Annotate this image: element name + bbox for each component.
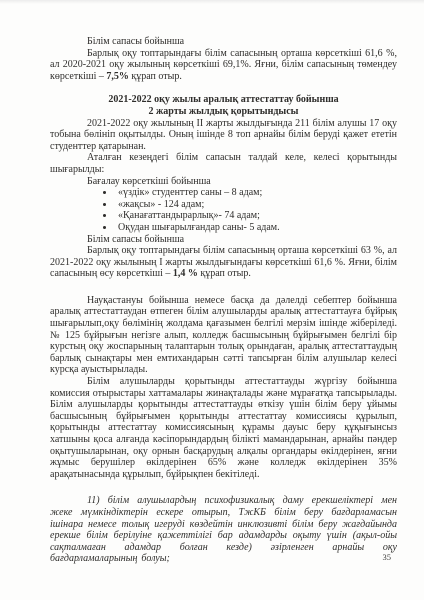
paragraph-quality-2-tail: құрап отыр. bbox=[198, 268, 251, 279]
bullet-item-good: «жақсы» - 124 адам; bbox=[115, 199, 397, 211]
paragraph-quality-1-tail: құрап отыр. bbox=[129, 71, 182, 82]
paragraph-overview: 2021-2022 оқу жылының II жарты жылдығынд… bbox=[50, 118, 397, 153]
bullet-item-expelled: Оқудан шығарылғандар саны- 5 адам. bbox=[115, 222, 397, 234]
paragraph-conclusion: Аталған кезеңдегі білім сапасын талдай к… bbox=[50, 152, 397, 175]
paragraph-commission: Білім алушыларды қорытынды аттестаттауды… bbox=[50, 376, 397, 480]
paragraph-quality-2: Барлық оқу топтарындағы білім сапасының … bbox=[50, 245, 397, 280]
bullet-item-excellent: «үздік» студенттер саны – 8 адам; bbox=[115, 187, 397, 199]
paragraph-inclusive-education-note: 11) білім алушылардың психофизикалық дам… bbox=[50, 495, 397, 565]
quality-section-label-2: Білім сапасы бойынша bbox=[50, 234, 397, 246]
section-heading: 2021-2022 оқу жылы аралық аттестаттау бо… bbox=[50, 94, 397, 117]
grade-bullet-list: «үздік» студенттер саны – 8 адам; «жақсы… bbox=[50, 187, 397, 233]
paragraph-attestation: Науқастануы бойынша немесе басқа да дәле… bbox=[50, 295, 397, 376]
section-heading-line-1: 2021-2022 оқу жылы аралық аттестаттау бо… bbox=[50, 94, 397, 106]
document-page: Білім сапасы бойынша Барлық оқу топтарын… bbox=[0, 0, 424, 600]
quality-2-growth-value: 1,4 % bbox=[173, 268, 198, 279]
paragraph-quality-1-text: Барлық оқу топтарындағы білім сапасының … bbox=[50, 48, 397, 82]
grading-indicator-label: Бағалау көрсеткіші бойынша bbox=[50, 176, 397, 188]
quality-1-decline-value: 7,5% bbox=[106, 71, 129, 82]
bullet-item-satisfactory: «Қанағаттандырарлық»- 74 адам; bbox=[115, 210, 397, 222]
page-number: 35 bbox=[383, 552, 392, 564]
paragraph-quality-1: Барлық оқу топтарындағы білім сапасының … bbox=[50, 48, 397, 83]
quality-section-label-1: Білім сапасы бойынша bbox=[50, 36, 397, 48]
section-heading-line-2: 2 жарты жылдық қорытындысы bbox=[50, 106, 397, 118]
